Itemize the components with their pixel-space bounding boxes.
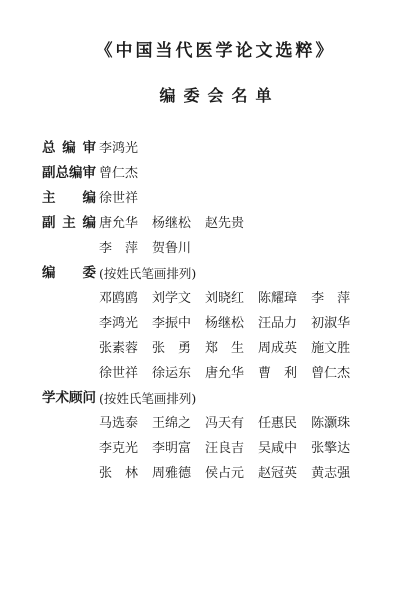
section-label-char: 学 xyxy=(42,386,56,411)
section-body: (按姓氏笔画排列)邓鸥鸥刘学文刘晓红陈耀璋李 萍李鸿光李振中杨继松汪品力初淑华张… xyxy=(99,261,389,386)
person-name: 李鸿光 xyxy=(99,136,138,161)
section-label-char: 编 xyxy=(42,261,56,286)
person-name: 曹 利 xyxy=(258,361,297,386)
person-name: 李 萍 xyxy=(311,286,350,311)
person-name: 张 林 xyxy=(99,461,138,486)
roster-section: 学术顾问(按姓氏笔画排列)马选泰王绵之冯天有任惠民陈灏珠李克光李明富汪良吉吴咸中… xyxy=(42,386,389,486)
page-title: 编委会名单 xyxy=(42,83,389,106)
name-row: 李克光李明富汪良吉吴咸中张擎达 xyxy=(99,436,389,461)
section-body: 曾仁杰 xyxy=(99,161,389,186)
book-title: 《中国当代医学论文选粹》 xyxy=(42,36,389,61)
name-row: 李鸿光 xyxy=(99,136,389,161)
person-name: 马选泰 xyxy=(99,411,138,436)
sort-order-note: (按姓氏笔画排列) xyxy=(99,261,389,286)
section-label-char: 顾 xyxy=(69,386,83,411)
roster-section: 副主编唐允华杨继松赵先贵李 萍贺鲁川 xyxy=(42,211,389,261)
person-name: 周雅德 xyxy=(152,461,191,486)
section-label-char: 主 xyxy=(42,186,56,211)
name-row: 马选泰王绵之冯天有任惠民陈灏珠 xyxy=(99,411,389,436)
person-name: 汪良吉 xyxy=(205,436,244,461)
section-label-char: 审 xyxy=(83,136,97,161)
person-name: 陈耀璋 xyxy=(258,286,297,311)
person-name: 赵冠英 xyxy=(258,461,297,486)
section-label-char: 副 xyxy=(42,211,56,236)
person-name: 刘晓红 xyxy=(205,286,244,311)
person-name: 徐世祥 xyxy=(99,186,138,211)
section-label-char: 主 xyxy=(62,211,76,236)
section-body: (按姓氏笔画排列)马选泰王绵之冯天有任惠民陈灏珠李克光李明富汪良吉吴咸中张擎达张… xyxy=(99,386,389,486)
section-label: 总编审 xyxy=(42,136,96,161)
section-body: 徐世祥 xyxy=(99,186,389,211)
section-label: 副总编审 xyxy=(42,161,96,186)
section-label-char: 编 xyxy=(83,186,97,211)
person-name: 吴咸中 xyxy=(258,436,297,461)
person-name: 周成英 xyxy=(258,336,297,361)
name-row: 唐允华杨继松赵先贵 xyxy=(99,211,389,236)
person-name: 侯占元 xyxy=(205,461,244,486)
roster: 总编审李鸿光副总编审曾仁杰主编徐世祥副主编唐允华杨继松赵先贵李 萍贺鲁川编委(按… xyxy=(42,136,389,486)
person-name: 汪品力 xyxy=(258,311,297,336)
person-name: 张擎达 xyxy=(311,436,350,461)
scanned-book-page: 《中国当代医学论文选粹》 编委会名单 总编审李鸿光副总编审曾仁杰主编徐世祥副主编… xyxy=(0,0,417,606)
person-name: 李 萍 xyxy=(99,236,138,261)
person-name: 刘学文 xyxy=(152,286,191,311)
name-row: 张 林周雅德侯占元赵冠英黄志强 xyxy=(99,461,389,486)
person-name: 贺鲁川 xyxy=(152,236,191,261)
person-name: 李明富 xyxy=(152,436,191,461)
section-label-char: 问 xyxy=(83,386,97,411)
section-body: 李鸿光 xyxy=(99,136,389,161)
person-name: 李振中 xyxy=(152,311,191,336)
person-name: 黄志强 xyxy=(311,461,350,486)
sort-order-note: (按姓氏笔画排列) xyxy=(99,386,389,411)
section-label-char: 审 xyxy=(83,161,97,186)
section-label: 编委 xyxy=(42,261,96,286)
roster-section: 副总编审曾仁杰 xyxy=(42,161,389,186)
person-name: 徐世祥 xyxy=(99,361,138,386)
person-name: 曾仁杰 xyxy=(311,361,350,386)
person-name: 陈灏珠 xyxy=(311,411,350,436)
person-name: 曾仁杰 xyxy=(99,161,138,186)
name-row: 曾仁杰 xyxy=(99,161,389,186)
section-body: 唐允华杨继松赵先贵李 萍贺鲁川 xyxy=(99,211,389,261)
person-name: 施文胜 xyxy=(311,336,350,361)
section-label: 主编 xyxy=(42,186,96,211)
section-label-char: 总 xyxy=(42,136,56,161)
person-name: 邓鸥鸥 xyxy=(99,286,138,311)
person-name: 唐允华 xyxy=(99,211,138,236)
section-label-char: 编 xyxy=(62,136,76,161)
person-name: 张 勇 xyxy=(152,336,191,361)
person-name: 杨继松 xyxy=(152,211,191,236)
section-label-char: 编 xyxy=(69,161,83,186)
person-name: 冯天有 xyxy=(205,411,244,436)
section-label: 学术顾问 xyxy=(42,386,96,411)
person-name: 初淑华 xyxy=(311,311,350,336)
roster-section: 主编徐世祥 xyxy=(42,186,389,211)
person-name: 杨继松 xyxy=(205,311,244,336)
person-name: 王绵之 xyxy=(152,411,191,436)
name-row: 徐世祥徐运东唐允华曹 利曾仁杰 xyxy=(99,361,389,386)
name-row: 张素蓉张 勇郑 生周成英施文胜 xyxy=(99,336,389,361)
roster-section: 编委(按姓氏笔画排列)邓鸥鸥刘学文刘晓红陈耀璋李 萍李鸿光李振中杨继松汪品力初淑… xyxy=(42,261,389,386)
section-label-char: 副 xyxy=(42,161,56,186)
section-label-char: 委 xyxy=(83,261,97,286)
person-name: 李克光 xyxy=(99,436,138,461)
section-label: 副主编 xyxy=(42,211,96,236)
section-label-char: 总 xyxy=(56,161,70,186)
person-name: 徐运东 xyxy=(152,361,191,386)
person-name: 赵先贵 xyxy=(205,211,244,236)
name-row: 徐世祥 xyxy=(99,186,389,211)
person-name: 李鸿光 xyxy=(99,311,138,336)
person-name: 唐允华 xyxy=(205,361,244,386)
person-name: 张素蓉 xyxy=(99,336,138,361)
name-row: 邓鸥鸥刘学文刘晓红陈耀璋李 萍 xyxy=(99,286,389,311)
section-label-char: 编 xyxy=(83,211,97,236)
person-name: 郑 生 xyxy=(205,336,244,361)
roster-section: 总编审李鸿光 xyxy=(42,136,389,161)
section-label-char: 术 xyxy=(56,386,70,411)
name-row: 李鸿光李振中杨继松汪品力初淑华 xyxy=(99,311,389,336)
name-row: 李 萍贺鲁川 xyxy=(99,236,389,261)
person-name: 任惠民 xyxy=(258,411,297,436)
